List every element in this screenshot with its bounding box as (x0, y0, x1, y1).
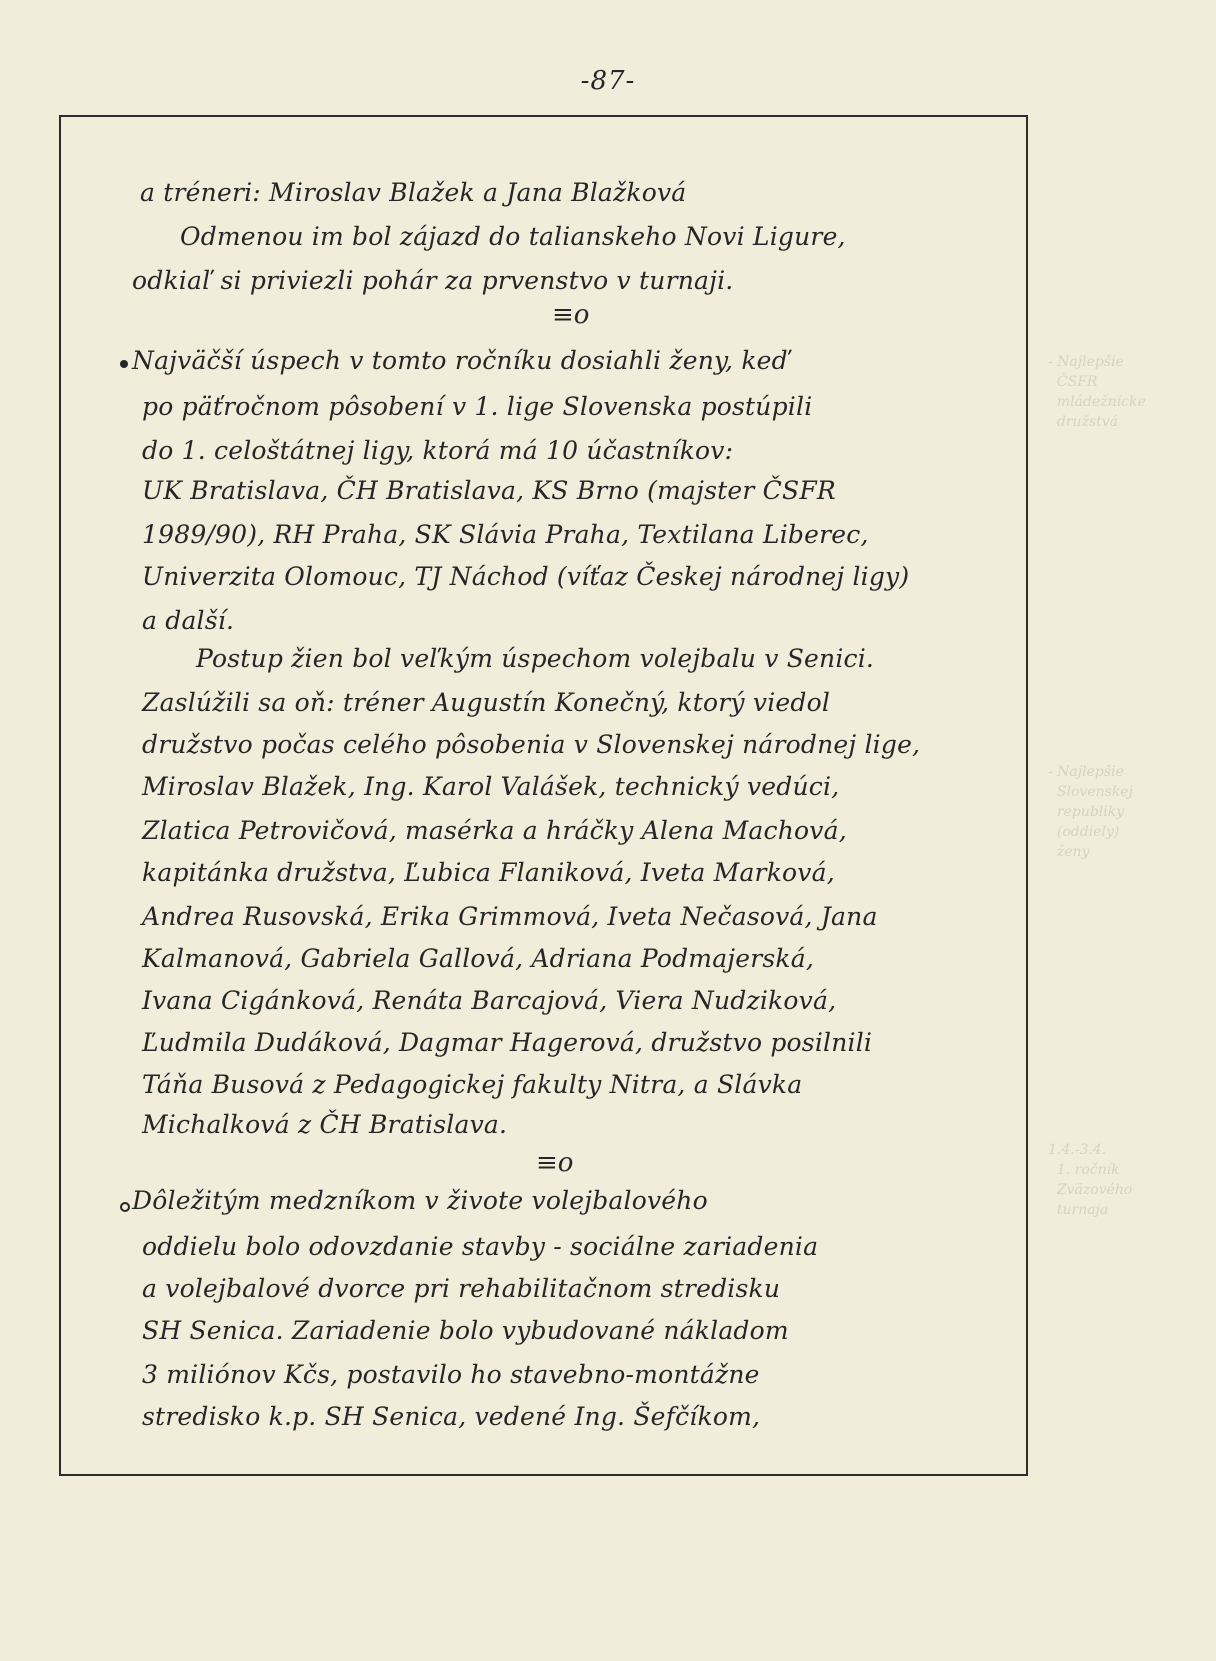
text-line: 1989/90), RH Praha, SK Slávia Praha, Tex… (142, 520, 869, 549)
text-line: družstvo počas celého pôsobenia v Sloven… (142, 730, 920, 759)
text-line: Ľudmila Dudáková, Dagmar Hagerová, družs… (142, 1028, 872, 1057)
margin-ghost-note-1: - Najlepšie ČSFR mládežnícke družstvá (1048, 352, 1146, 432)
section-separator: ≡o (536, 1148, 573, 1178)
text-line: 3 miliónov Kčs, postavilo ho stavebno-mo… (142, 1360, 760, 1389)
text-line: Michalková z ČH Bratislava. (142, 1110, 507, 1139)
text-line: UK Bratislava, ČH Bratislava, KS Brno (m… (142, 476, 836, 505)
text-line: Kalmanová, Gabriela Gallová, Adriana Pod… (142, 944, 814, 973)
text-line: oddielu bolo odovzdanie stavby - sociáln… (142, 1232, 818, 1261)
text-line: po päťročnom pôsobení v 1. lige Slovensk… (142, 392, 812, 421)
text-line: Postup žien bol veľkým úspechom volejbal… (196, 644, 874, 673)
text-line: kapitánka družstva, Ľubica Flaniková, Iv… (142, 858, 835, 887)
text-line: a volejbalové dvorce pri rehabilitačnom … (142, 1274, 780, 1303)
text-line: SH Senica. Zariadenie bolo vybudované ná… (142, 1316, 789, 1345)
margin-ghost-note-3: 1.4.-3.4. 1. ročník Zväzového turnaja (1048, 1140, 1132, 1220)
text-line: stredisko k.p. SH Senica, vedené Ing. Še… (142, 1402, 760, 1431)
bullet-icon (120, 1202, 130, 1212)
text-line: a tréneri: Miroslav Blažek a Jana Blažko… (140, 178, 686, 207)
text-line: do 1. celoštátnej ligy, ktorá má 10 účas… (142, 436, 733, 465)
section-separator: ≡o (552, 300, 589, 330)
text-line: Zlatica Petrovičová, masérka a hráčky Al… (142, 816, 847, 845)
text-line: odkiaľ si priviezli pohár za prvenstvo v… (132, 266, 733, 295)
text-line: Miroslav Blažek, Ing. Karol Valášek, tec… (142, 772, 839, 801)
text-line: Univerzita Olomouc, TJ Náchod (víťaz Čes… (142, 562, 909, 591)
text-line: a další. (142, 606, 234, 635)
text-line: Andrea Rusovská, Erika Grimmová, Iveta N… (142, 902, 878, 931)
text-line: Ivana Cigánková, Renáta Barcajová, Viera… (142, 986, 836, 1015)
bullet-icon (120, 360, 128, 368)
text-line: Táňa Busová z Pedagogickej fakulty Nitra… (142, 1070, 802, 1099)
text-line: Zaslúžili sa oň: tréner Augustín Konečný… (142, 688, 830, 717)
text-line: Najväčší úspech v tomto ročníku dosiahli… (132, 346, 788, 375)
text-line: Dôležitým medzníkom v živote volejbalové… (132, 1186, 708, 1215)
text-line: Odmenou im bol zájazd do talianskeho Nov… (180, 222, 846, 251)
margin-ghost-note-2: - Najlepšie Slovenskej republiky (oddiel… (1048, 762, 1133, 862)
page-number: -87- (0, 66, 1216, 96)
